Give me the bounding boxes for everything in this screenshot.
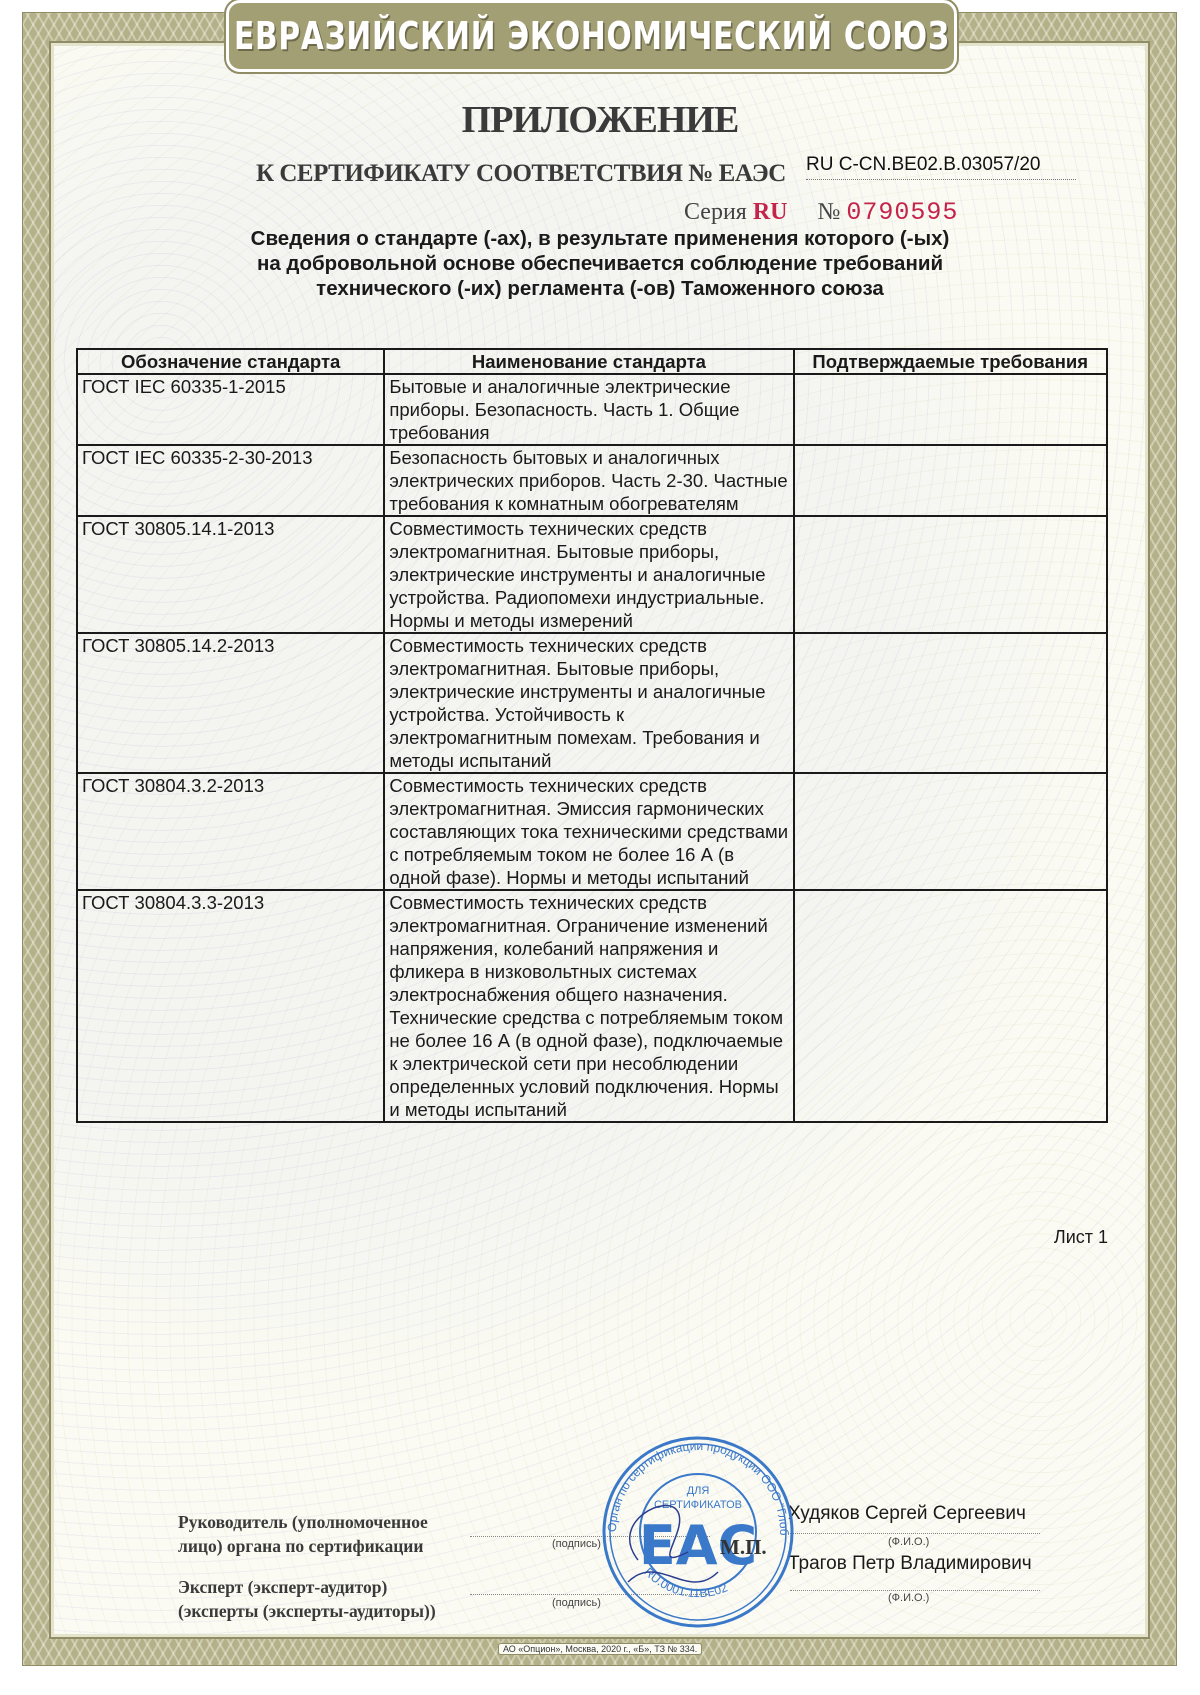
cell-code: ГОСТ 30804.3.3-2013 <box>77 890 384 1122</box>
expert-label-line: (эксперты (эксперты-аудиторы)) <box>178 1599 436 1623</box>
certificate-prefix: К СЕРТИФИКАТУ СООТВЕТСТВИЯ № ЕАЭС <box>256 160 786 188</box>
expert-name: Трагов Петр Владимирович <box>788 1553 1032 1575</box>
union-banner: ЕВРАЗИЙСКИЙ ЭКОНОМИЧЕСКИЙ СОЮЗ <box>226 0 957 72</box>
expert-label-line: Эксперт (эксперт-аудитор) <box>178 1575 436 1599</box>
expert-signature-caption: (подпись) <box>552 1597 601 1609</box>
number-sign: № <box>818 199 841 225</box>
cell-code: ГОСТ IEC 60335-2-30-2013 <box>77 445 384 516</box>
cell-code: ГОСТ 30804.3.2-2013 <box>77 773 384 890</box>
head-fio-caption: (Ф.И.О.) <box>888 1536 929 1548</box>
cell-requirements <box>794 633 1108 773</box>
series-line: Серия RU № 0790595 <box>684 198 958 227</box>
cell-code: ГОСТ IEC 60335-1-2015 <box>77 374 384 445</box>
table-row: ГОСТ IEC 60335-1-2015Бытовые и аналогичн… <box>77 374 1107 445</box>
cell-requirements <box>794 516 1108 633</box>
header-code: Обозначение стандарта <box>77 349 384 374</box>
cell-requirements <box>794 445 1108 516</box>
cell-name: Совместимость технических средств электр… <box>384 773 793 890</box>
cell-name: Бытовые и аналогичные электрические приб… <box>384 374 793 445</box>
table-row: ГОСТ 30804.3.2-2013Совместимость техниче… <box>77 773 1107 890</box>
cell-code: ГОСТ 30805.14.1-2013 <box>77 516 384 633</box>
info-line: на добровольной основе обеспечивается со… <box>0 251 1200 276</box>
series-label: Серия <box>684 199 747 225</box>
printer-note: АО «Опцион», Москва, 2020 г., «Б», ТЗ № … <box>498 1643 702 1655</box>
head-signature-caption: (подпись) <box>552 1538 601 1550</box>
expert-label: Эксперт (эксперт-аудитор) (эксперты (экс… <box>178 1575 436 1623</box>
header-name: Наименование стандарта <box>384 349 793 374</box>
cell-requirements <box>794 374 1108 445</box>
form-number: 0790595 <box>846 198 958 227</box>
sheet-number: Лист 1 <box>1054 1227 1108 1248</box>
head-label-line: лицо) органа по сертификации <box>178 1534 428 1558</box>
head-label-line: Руководитель (уполномоченное <box>178 1510 428 1534</box>
svg-text:ДЛЯ: ДЛЯ <box>687 1485 710 1497</box>
head-label: Руководитель (уполномоченное лицо) орган… <box>178 1510 428 1558</box>
info-line: технического (-их) регламента (-ов) Тамо… <box>0 276 1200 301</box>
head-name: Худяков Сергей Сергеевич <box>788 1503 1026 1525</box>
cell-requirements <box>794 890 1108 1122</box>
standards-table: Обозначение стандарта Наименование станд… <box>76 348 1108 1123</box>
cell-name: Совместимость технических средств электр… <box>384 890 793 1122</box>
cell-name: Безопасность бытовых и аналогичных элект… <box>384 445 793 516</box>
certificate-number: RU C-CN.BE02.B.03057/20 <box>806 154 1076 180</box>
header-requirements: Подтверждаемые требования <box>794 349 1108 374</box>
table-row: ГОСТ 30805.14.1-2013Совместимость технич… <box>77 516 1107 633</box>
expert-fio-caption: (Ф.И.О.) <box>888 1592 929 1604</box>
cell-name: Совместимость технических средств электр… <box>384 516 793 633</box>
cell-code: ГОСТ 30805.14.2-2013 <box>77 633 384 773</box>
page-title: ПРИЛОЖЕНИЕ <box>0 98 1200 142</box>
union-banner-text: ЕВРАЗИЙСКИЙ ЭКОНОМИЧЕСКИЙ СОЮЗ <box>234 14 950 58</box>
cell-name: Совместимость технических средств электр… <box>384 633 793 773</box>
table-row: ГОСТ 30805.14.2-2013Совместимость технич… <box>77 633 1107 773</box>
info-line: Сведения о стандарте (-ах), в результате… <box>0 226 1200 251</box>
expert-fio-line <box>790 1590 1040 1591</box>
head-fio-line <box>790 1533 1040 1534</box>
table-row: ГОСТ 30804.3.3-2013Совместимость техниче… <box>77 890 1107 1122</box>
seal-stamp-icon: ДЛЯ СЕРТИФИКАТОВ ЕАС Орган по сертификац… <box>598 1432 798 1632</box>
table-row: ГОСТ IEC 60335-2-30-2013Безопасность быт… <box>77 445 1107 516</box>
seal-mark: М.П. <box>720 1535 767 1560</box>
series-value: RU <box>753 199 788 225</box>
table-header-row: Обозначение стандарта Наименование станд… <box>77 349 1107 374</box>
info-heading: Сведения о стандарте (-ах), в результате… <box>0 226 1200 301</box>
cell-requirements <box>794 773 1108 890</box>
